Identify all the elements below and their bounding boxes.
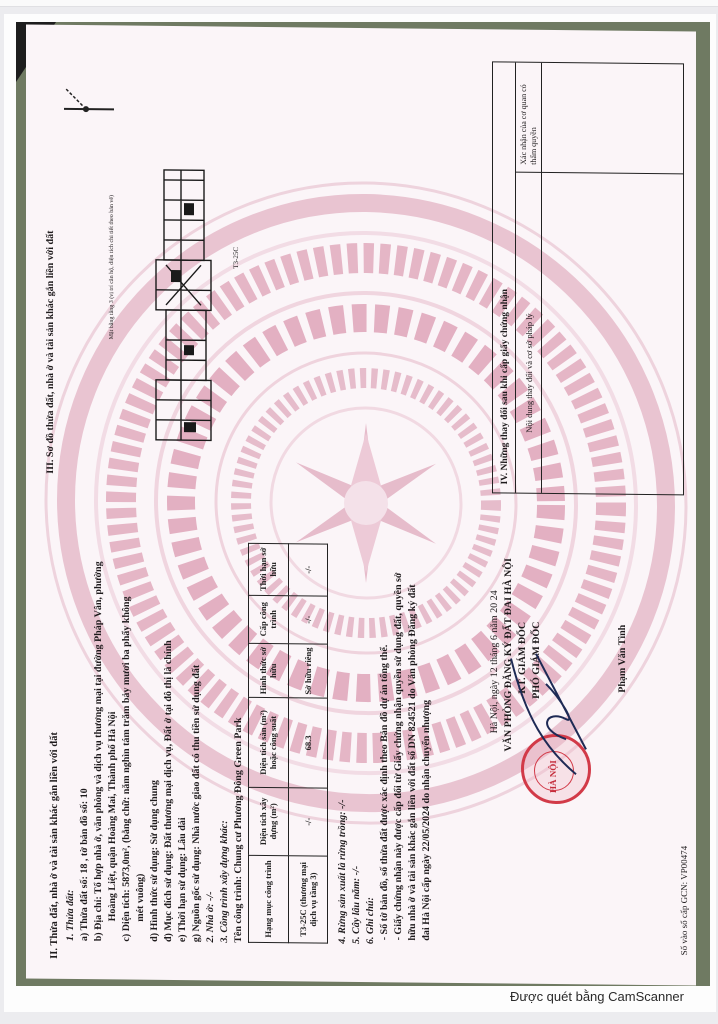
issue-date: Hà Nội, ngày 12 tháng 6 năm 20 24 [488, 590, 501, 733]
header-cell: Cấp công trình [249, 595, 289, 644]
header-cell: Diện tích xây dựng (m²) [249, 787, 289, 856]
usage-origin: g) Nguồn gốc sử dụng: Nhà nước giao đất … [190, 665, 203, 943]
certificate-page: II. Thửa đất, nhà ở và tài sản khác gắn … [26, 24, 696, 985]
usage-term: e) Thời hạn sử dụng: Lâu dài [176, 817, 189, 942]
changes-table: IV. Những thay đổi sau khi cấp giấy chứn… [492, 61, 684, 495]
section-4-heading: IV. Những thay đổi sau khi cấp giấy chứn… [499, 289, 512, 485]
forest-subheading: 4. Rừng sản xuất là rừng trồng: -/- [336, 799, 349, 943]
other-works-subheading: 3. Công trình xây dựng khác: [218, 820, 231, 942]
note-line: đai Hà Nội cấp ngày 22/05/2024 do nhận c… [420, 700, 433, 941]
svg-text:T3-25C: T3-25C [232, 247, 240, 269]
table-cell: Sở hữu riêng [288, 644, 328, 699]
usage-purpose: đ) Mục đích sử dụng: Đất thương mại dịch… [162, 640, 175, 942]
table-cell: -/- [288, 787, 328, 856]
signature-scribble-icon [506, 649, 596, 780]
house-subheading: 2. Nhà ở: -/- [204, 891, 217, 942]
works-table-header-row: Hạng mục công trình Diện tích xây dựng (… [249, 543, 289, 942]
signer-name: Phạm Văn Tình [616, 625, 629, 693]
note-line: - Số tờ bản đồ, số thửa đất được xác địn… [378, 645, 391, 941]
changes-col-content: Nội dung thay đổi và cơ sở pháp lý [523, 313, 536, 433]
table-cell: T3-25C (thương mại dịch vụ tầng 3) [288, 856, 328, 943]
table-row: T3-25C (thương mại dịch vụ tầng 3) -/- 6… [288, 544, 328, 943]
parcel-area-line2: mét vuông) [134, 874, 147, 922]
app-top-bar [0, 0, 718, 7]
parcel-area-line1: c) Diện tích: 5873,0m², (bằng chữ: năm n… [120, 596, 133, 941]
registry-serial: Số vào sổ cấp GCN: VP00474 [678, 846, 691, 956]
usage-form: d) Hình thức sử dụng: Sử dụng chung [148, 780, 161, 942]
perennial-subheading: 5. Cây lâu năm: -/- [350, 866, 363, 944]
header-cell: Hạng mục công trình [249, 855, 289, 942]
note-line: hữu nhà ở và tài sản khác gắn liền với đ… [406, 584, 419, 940]
parcel-number: a) Thửa đất số: 18 , tờ bản đồ số: 10 [78, 788, 91, 941]
table-cell: 68.3 [288, 698, 328, 788]
changes-col-confirmation: Xác nhận của cơ quan có thẩm quyền [519, 70, 539, 165]
header-cell: Thời hạn sở hữu [249, 543, 289, 595]
notes-subheading: 6. Ghi chú: [364, 897, 377, 944]
note-line: - Giấy chứng nhận này được cấp đổi từ Gi… [392, 572, 405, 940]
rotated-content: II. Thửa đất, nhà ở và tài sản khác gắn … [26, 24, 696, 985]
works-table: Hạng mục công trình Diện tích xây dựng (… [248, 543, 328, 944]
project-name: Tên công trình: Chung cư Phương Đông Gre… [232, 717, 245, 942]
north-arrow-icon [56, 59, 116, 120]
floor-plan-diagram: T3-25C [126, 150, 246, 451]
parcel-subheading: 1. Thửa đất: [64, 890, 77, 941]
header-cell: Diện tích sàn (m²) hoặc công suất [249, 698, 289, 788]
table-cell: -/- [288, 544, 328, 596]
parcel-address-line1: b) Địa chỉ: Tổ hợp nhà ở, văn phòng và d… [92, 561, 105, 941]
section-2-heading: II. Thửa đất, nhà ở và tài sản khác gắn … [48, 732, 61, 959]
scanned-document: II. Thửa đất, nhà ở và tài sản khác gắn … [16, 22, 710, 986]
table-cell: -/- [288, 595, 328, 644]
header-cell: Hình thức sở hữu [249, 643, 289, 698]
floorplan-caption: Mặt bằng tầng 3 (vị trí căn hộ, diện tíc… [106, 195, 119, 340]
parcel-address-line2: Hoàng Liệt, quận Hoàng Mai, Thành phố Hà… [106, 711, 119, 921]
section-3-heading: III. Sơ đồ thửa đất, nhà ở và tài sản kh… [44, 230, 57, 473]
camscanner-watermark: Được quét bằng CamScanner [510, 989, 684, 1004]
